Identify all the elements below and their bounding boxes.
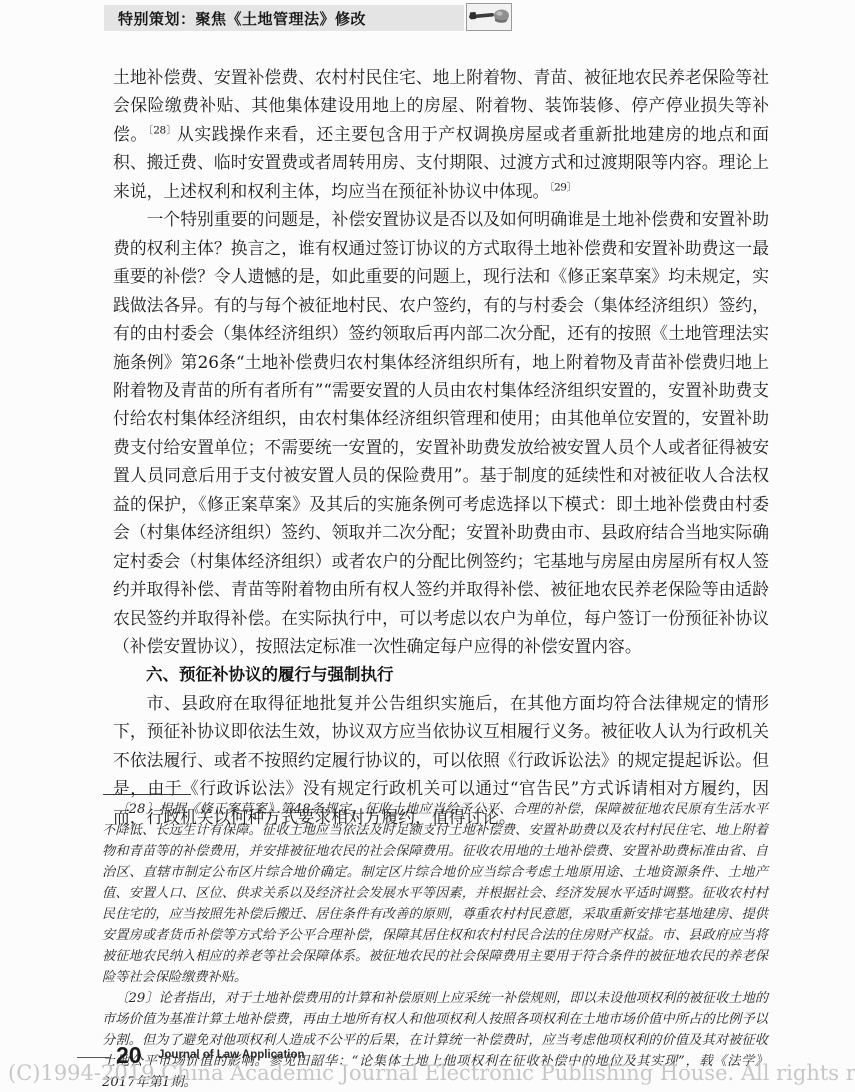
footer-rule bbox=[77, 1057, 110, 1058]
header-icon-box bbox=[466, 3, 512, 31]
paragraph-text: 从实践操作来看，还主要包含用于产权调换房屋或者重新批地建房的地点和面积、搬迁费、… bbox=[113, 124, 769, 201]
journal-page: 特别策划：聚焦《土地管理法》修改 土地补偿费、安置补偿费、农村村民住宅、地上附着… bbox=[0, 0, 855, 1092]
footnote-ref-28: 〔28〕 bbox=[148, 124, 177, 136]
footnote-text: 论者指出，对于土地补偿费用的计算和补偿原则上应采统一补偿规则，即以未设他项权利的… bbox=[102, 991, 768, 1090]
paragraph: 一个特别重要的问题是，补偿安置协议是否以及如何明确谁是土地补偿费和安置补助费的权… bbox=[113, 205, 769, 660]
header-title: 特别策划：聚焦《土地管理法》修改 bbox=[118, 8, 366, 29]
footnote-text: 根据《修正案草案》第48条规定，征收土地应当给予公平、合理的补偿，保障被征地农民… bbox=[102, 802, 768, 985]
article-body: 土地补偿费、安置补偿费、农村村民住宅、地上附着物、青苗、被征地农民养老保险等社会… bbox=[113, 63, 769, 831]
gavel-icon bbox=[468, 3, 510, 31]
footnote-separator bbox=[103, 794, 191, 795]
paragraph-continuation: 土地补偿费、安置补偿费、农村村民住宅、地上附着物、青苗、被征地农民养老保险等社会… bbox=[113, 63, 769, 205]
footnote-marker: 〔28〕 bbox=[115, 802, 159, 817]
footnote-ref-29: 〔29〕 bbox=[549, 181, 576, 193]
footnote-marker: 〔29〕 bbox=[115, 991, 158, 1006]
footnote-28: 〔28〕根据《修正案草案》第48条规定，征收土地应当给予公平、合理的补偿，保障被… bbox=[102, 799, 768, 988]
section-heading: 六、预征补协议的履行与强制执行 bbox=[113, 661, 769, 689]
journal-title: Journal of Law Application bbox=[158, 1049, 305, 1061]
header-bar: 特别策划：聚焦《土地管理法》修改 bbox=[104, 5, 464, 31]
footnote-29: 〔29〕论者指出，对于土地补偿费用的计算和补偿原则上应采统一补偿规则，即以未设他… bbox=[102, 988, 768, 1092]
page-number: 20 bbox=[116, 1042, 142, 1069]
